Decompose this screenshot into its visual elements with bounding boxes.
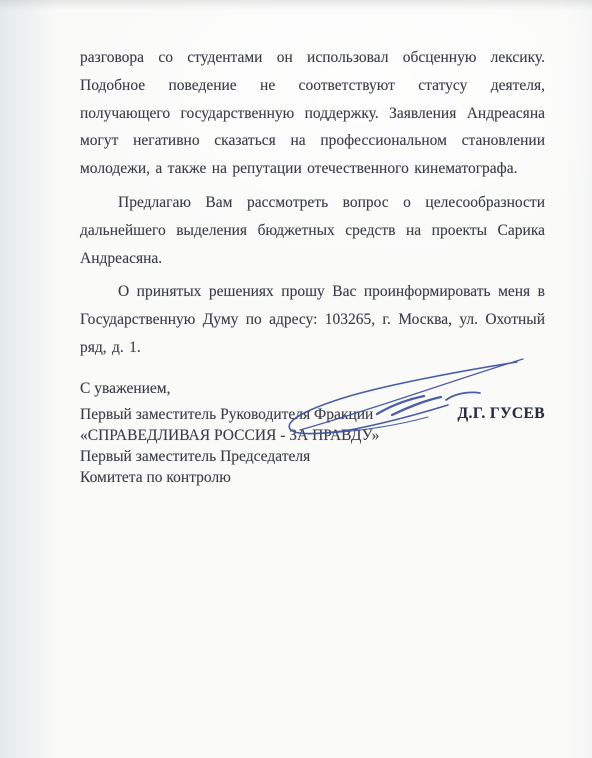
letter-page: разговора со студентами он использовал о… [0,0,592,758]
letter-body: разговора со студентами он использовал о… [80,44,545,362]
body-paragraph: разговора со студентами он использовал о… [80,44,545,183]
signer-title-line: Комитета по контролю [80,467,545,488]
handwritten-signature-icon [280,350,565,450]
body-paragraph: Предлагаю Вам рассмотреть вопрос о целес… [80,189,545,272]
